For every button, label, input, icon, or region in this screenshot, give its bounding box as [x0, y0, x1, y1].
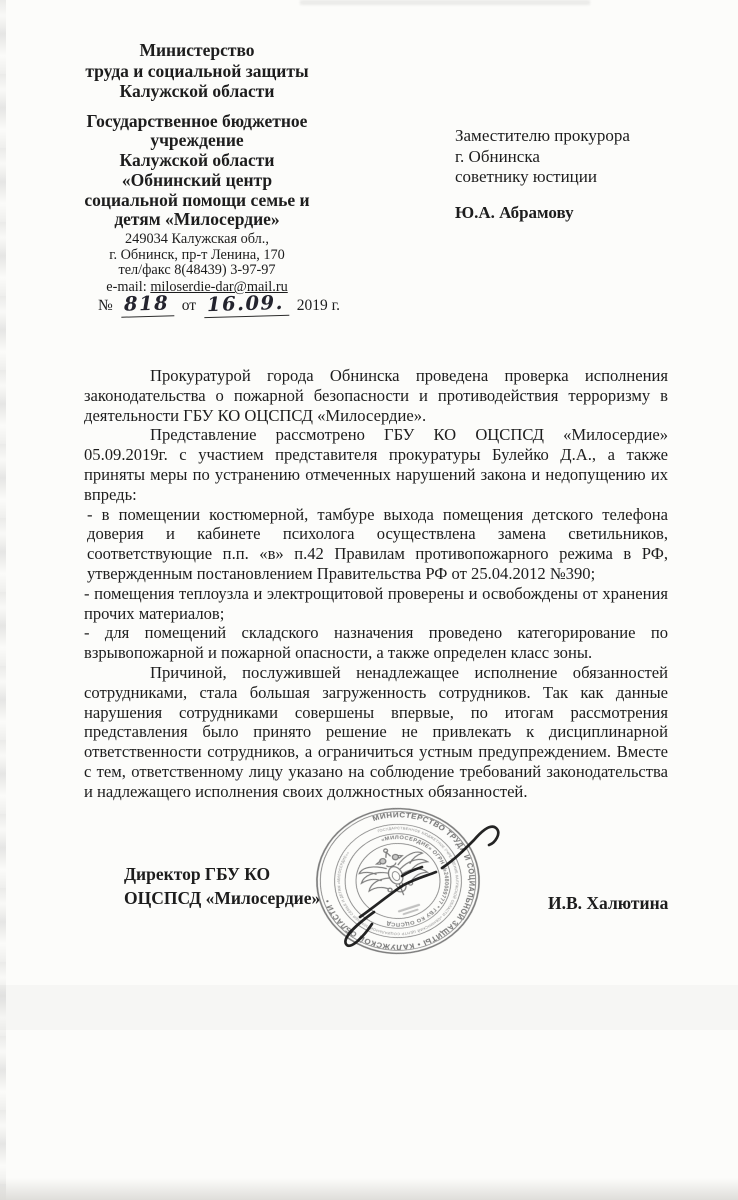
signatory-title: Директор ГБУ КО ОЦСПСД «Милосердие» — [124, 862, 320, 910]
ministry-line: Калужской области — [58, 81, 336, 102]
year-label: 2019 г. — [297, 297, 340, 314]
handwritten-outgoing-number: 818 — [120, 291, 174, 317]
scan-artifact-bottom-shade — [0, 1178, 738, 1200]
from-label: от — [182, 297, 196, 314]
signatory-title-line: ОЦСПСД «Милосердие» — [124, 886, 320, 910]
institution-line: учреждение — [58, 131, 336, 151]
body-paragraph: Прокуратурой города Обнинска проведена п… — [84, 366, 668, 425]
body-paragraph: - помещения теплоузла и электрощитовой п… — [84, 584, 668, 624]
scanned-letter-page: Министерство труда и социальной защиты К… — [0, 0, 738, 1200]
recipient-line: Заместителю прокурора — [455, 126, 630, 147]
ministry-line: Министерство — [58, 40, 336, 61]
institution-line: «Обнинский центр — [58, 171, 336, 191]
body-paragraph: - в помещении костюмерной, тамбуре выход… — [84, 505, 668, 584]
ministry-name: Министерство труда и социальной защиты К… — [58, 40, 336, 102]
scan-artifact-mid-shade — [0, 985, 738, 1030]
body-paragraph: - для помещений складского назначения пр… — [84, 623, 668, 663]
address-line: г. Обнинск, пр-т Ленина, 170 — [58, 248, 336, 264]
scan-artifact-top-smudge — [300, 0, 590, 5]
institution-address: 249034 Калужская обл., г. Обнинск, пр-т … — [58, 232, 336, 279]
signatory-name: И.В. Халютина — [548, 893, 668, 914]
address-line: тел/факс 8(48439) 3-97-97 — [58, 263, 336, 279]
institution-name: Государственное бюджетное учреждение Кал… — [58, 112, 336, 231]
recipient-block: Заместителю прокурора г. Обнинска советн… — [455, 126, 630, 223]
reference-number-line: № 818 от 16.09. 2019 г. — [98, 292, 340, 317]
institution-line: детям «Милосердие» — [58, 210, 336, 230]
recipient-line: г. Обнинска — [455, 147, 630, 168]
body-paragraph: Причиной, послужившей ненадлежащее испол… — [84, 663, 668, 802]
recipient-line: советнику юстиции — [455, 167, 630, 188]
ministry-line: труда и социальной защиты — [58, 61, 336, 82]
body-paragraph: Представление рассмотрено ГБУ КО ОЦСПСД … — [84, 425, 668, 504]
letterhead: Министерство труда и социальной защиты К… — [58, 40, 336, 295]
institution-line: Государственное бюджетное — [58, 112, 336, 132]
recipient-name: Ю.А. Абрамову — [455, 203, 630, 224]
address-line: 249034 Калужская обл., — [58, 232, 336, 248]
handwritten-signature — [330, 818, 515, 958]
institution-line: Калужской области — [58, 151, 336, 171]
institution-line: социальной помощи семье и — [58, 191, 336, 211]
number-sign: № — [98, 297, 113, 314]
handwritten-date: 16.09. — [204, 291, 290, 318]
signatory-title-line: Директор ГБУ КО — [124, 862, 320, 886]
letter-body: Прокуратурой города Обнинска проведена п… — [84, 366, 668, 802]
